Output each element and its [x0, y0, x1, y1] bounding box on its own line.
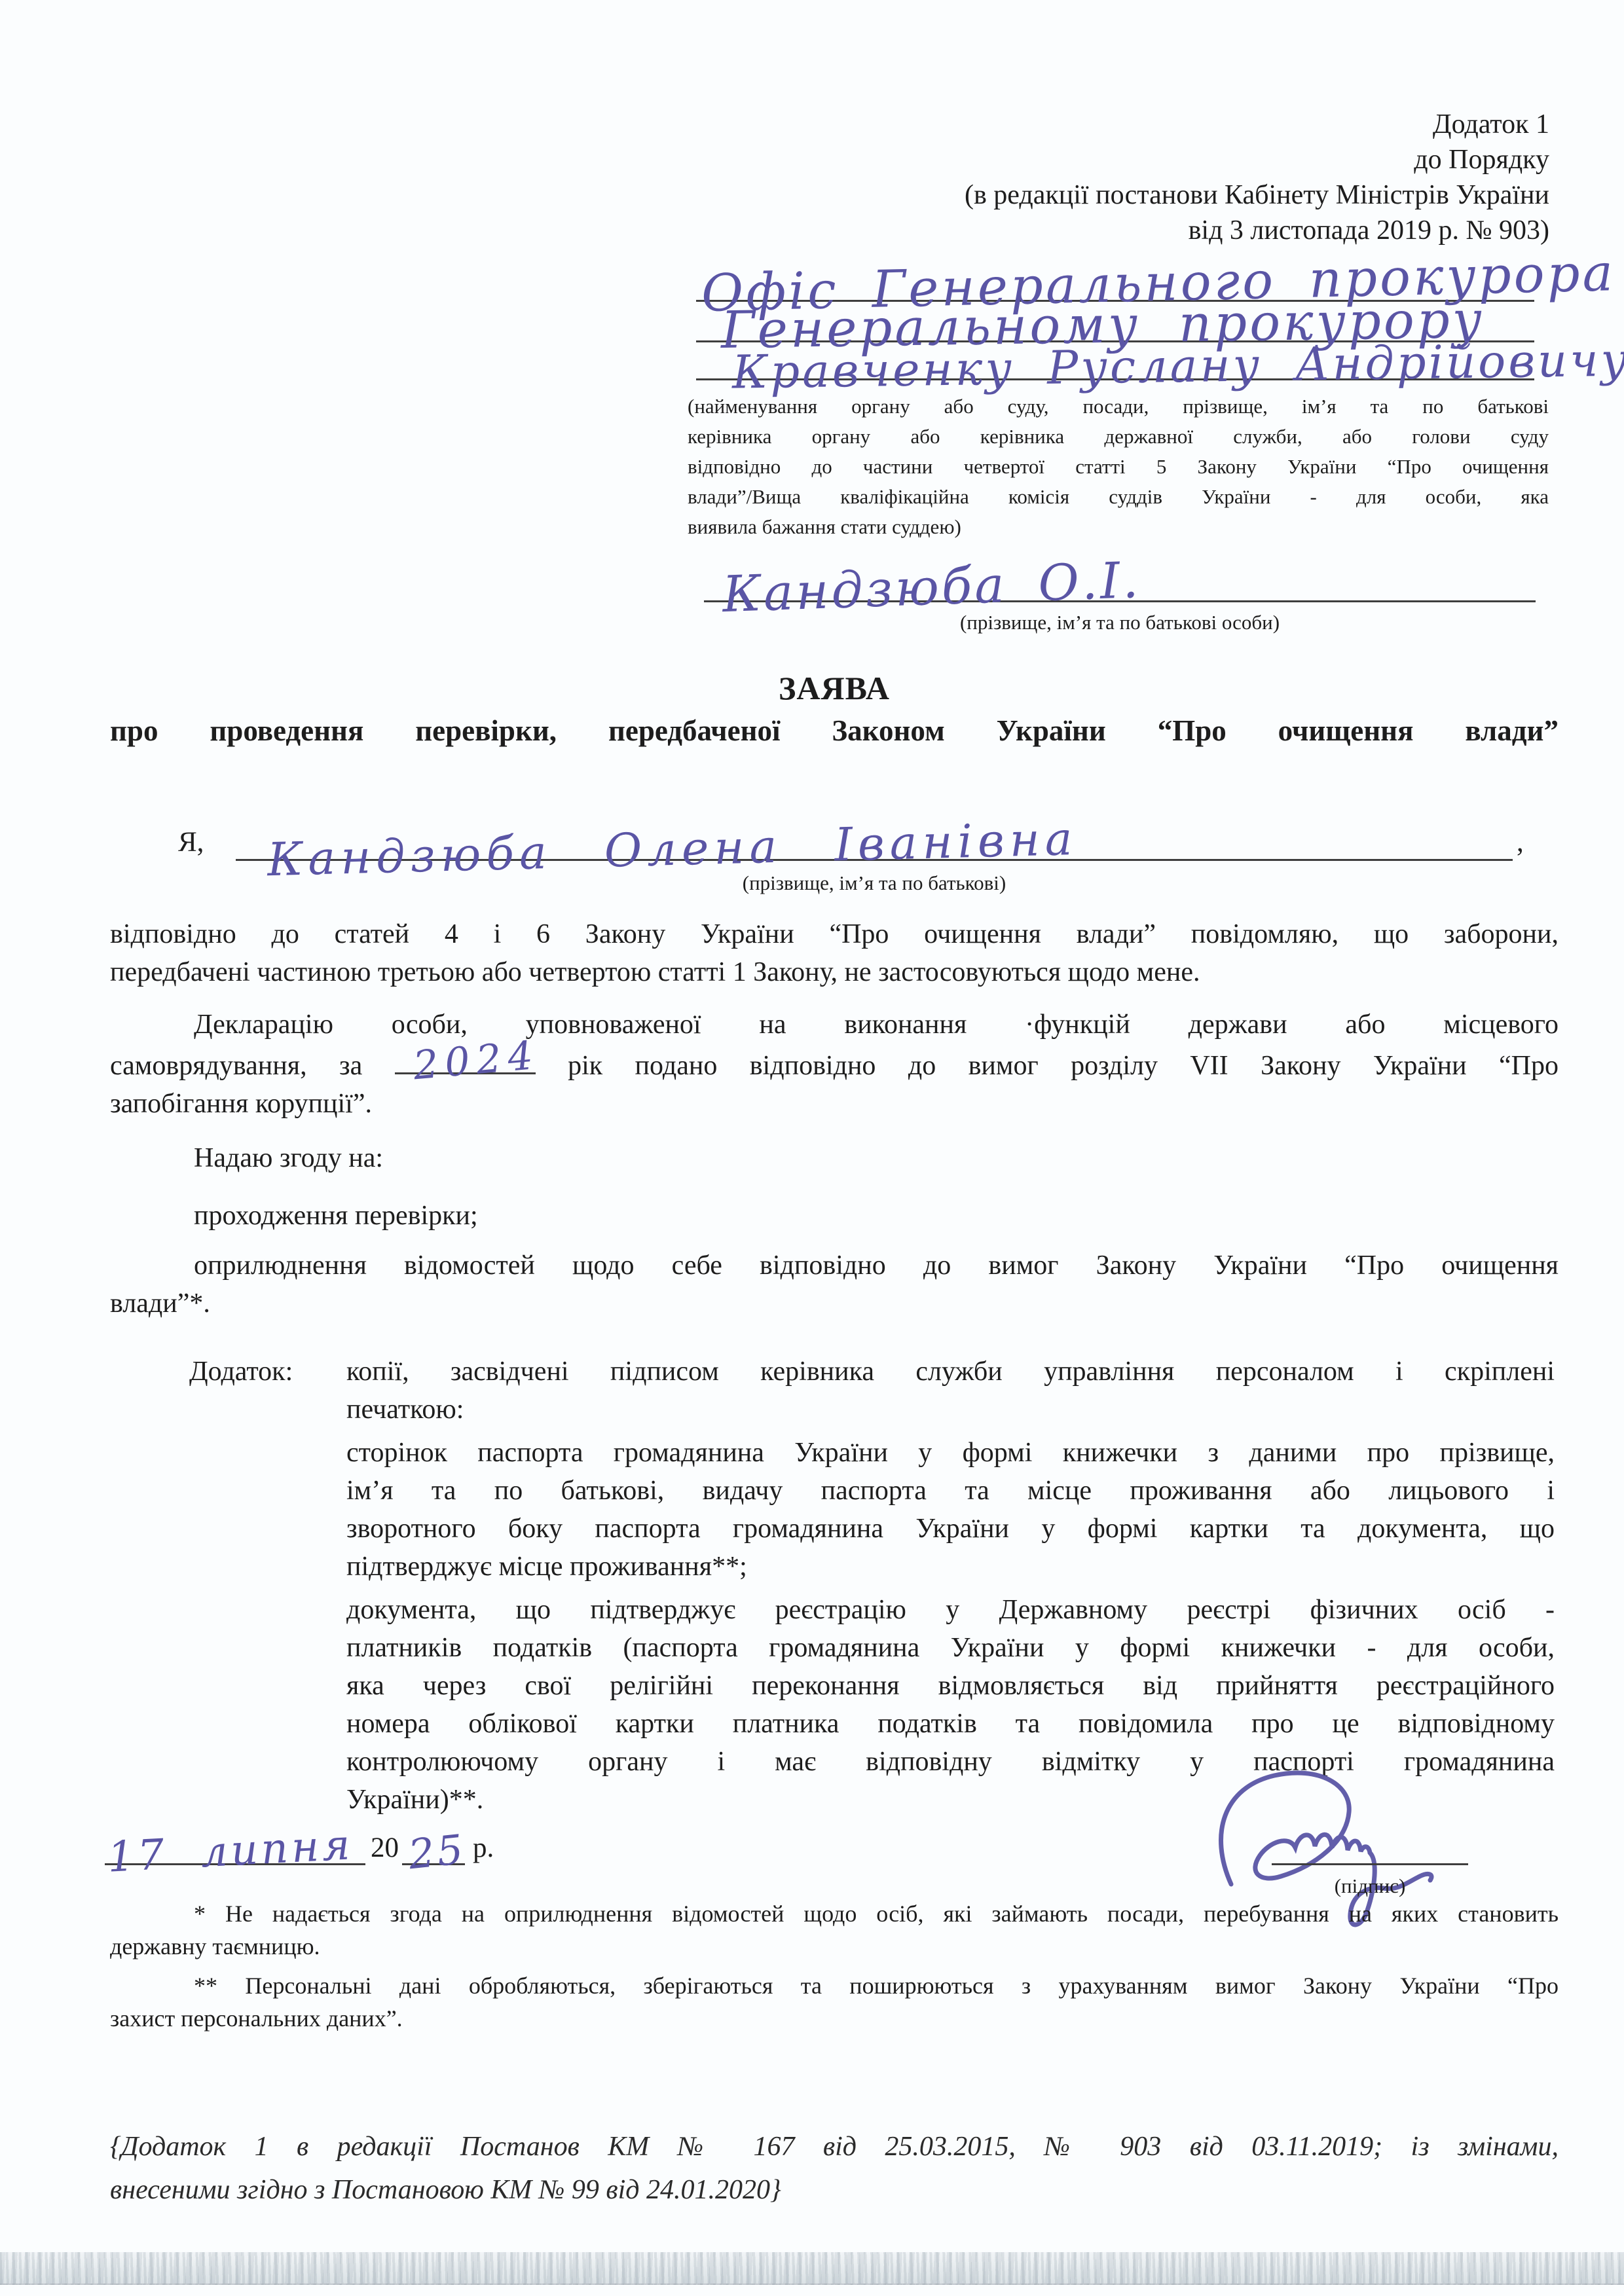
recipient-line-3-handwriting: Кравченку Руслану Андрійовичу [732, 337, 1624, 395]
attachment-line: платників податків (паспорта громадянина… [346, 1629, 1555, 1667]
caption-line: керівника органу або керівника державної… [688, 422, 1549, 452]
declarant-name-caption: (прізвище, ім’я та по батькові) [236, 868, 1513, 898]
paragraph-line: Декларацію особи, уповноваженої на викон… [110, 1006, 1559, 1044]
paragraph-line: відповідно до статей 4 і 6 Закону Україн… [110, 915, 1559, 953]
header-line: від 3 листопада 2019 р. № 903) [965, 213, 1549, 248]
attachment-line: копії, засвідчені підписом керівника слу… [346, 1353, 1555, 1391]
revision-line: внесеними згідно з Постановою КМ № 99 ві… [110, 2168, 1559, 2212]
declarant-label: Я, [178, 826, 204, 858]
paragraph-line: оприлюднення відомостей щодо себе відпов… [110, 1247, 1559, 1285]
attachment-item-passport: сторінок паспорта громадянина України у … [346, 1434, 1555, 1586]
person-name-rule: Кандзюба О.І. [704, 553, 1536, 602]
date-handwriting: 17 липня [107, 1824, 354, 1879]
paragraph-line: запобігання корупції”. [110, 1085, 1559, 1123]
paragraph-line: проходження перевірки; [110, 1197, 1559, 1235]
declarant-name-rule: Кандзюба Олена Іванівна [236, 814, 1513, 861]
paragraph-law-notice: відповідно до статей 4 і 6 Закону Україн… [110, 915, 1559, 991]
caption-line: виявила бажання стати суддею) [688, 512, 1549, 542]
date-year-prefix: 20 [371, 1832, 399, 1864]
revision-note: {Додаток 1 в редакції Постанов КМ № 167 … [110, 2125, 1559, 2212]
declaration-year-suffix-text: рік подано відповідно до вимог розділу V… [568, 1051, 1559, 1081]
footnote-line: державну таємницю. [110, 1930, 1559, 1963]
attachment-line: яка через свої релігійні переконання від… [346, 1667, 1555, 1705]
paragraph-line: Надаю згоду на: [110, 1139, 1559, 1177]
header-line: (в редакції постанови Кабінету Міністрів… [965, 177, 1549, 213]
attachment-item-copies: копії, засвідчені підписом керівника слу… [346, 1353, 1555, 1429]
attachment-label: Додаток: [189, 1353, 293, 1391]
caption-line: влади”/Вища кваліфікаційна комісія судді… [688, 482, 1549, 512]
caption-line: відповідно до частини четвертої статті 5… [688, 452, 1549, 482]
header-line: до Порядку [965, 142, 1549, 177]
attachment-line: документа, що підтверджує реєстрацію у Д… [346, 1591, 1555, 1629]
attachment-line: підтверджує місце проживання**; [346, 1548, 1555, 1586]
declarant-trailing-comma: , [1517, 826, 1524, 858]
document-title: ЗАЯВА [110, 669, 1559, 707]
person-name-caption: (прізвище, ім’я та по батькові особи) [704, 608, 1536, 638]
attachment-line: печаткою: [346, 1391, 1555, 1429]
attachment-line: номера облікової картки платника податкі… [346, 1705, 1555, 1743]
consent-item-publication: оприлюднення відомостей щодо себе відпов… [110, 1247, 1559, 1322]
scanned-document-page: Додаток 1 до Порядку (в редакції постано… [0, 0, 1624, 2296]
footnote-state-secret: * Не надається згода на оприлюднення від… [110, 1897, 1559, 1963]
document-subtitle: про проведення перевірки, передбаченої З… [110, 714, 1559, 748]
signature-rule [1272, 1819, 1468, 1865]
caption-line: (найменування органу або суду, посади, п… [688, 392, 1549, 422]
footnote-personal-data: ** Персональні дані обробляються, зберіг… [110, 1969, 1559, 2035]
header-reference-block: Додаток 1 до Порядку (в редакції постано… [965, 107, 1549, 248]
year-field-rule: 2024 [395, 1044, 536, 1074]
attachment-line: зворотного боку паспорта громадянина Укр… [346, 1510, 1555, 1548]
date-year-suffix: р. [473, 1832, 494, 1864]
recipient-caption: (найменування органу або суду, посади, п… [688, 392, 1549, 542]
attachment-line: сторінок паспорта громадянина України у … [346, 1434, 1555, 1472]
scan-edge-artifact [0, 2252, 1624, 2285]
paragraph-line: передбачені частиною третьою або четверт… [110, 953, 1559, 991]
paragraph-declaration: Декларацію особи, уповноваженої на викон… [110, 1006, 1559, 1123]
header-line: Додаток 1 [965, 107, 1549, 142]
revision-line: {Додаток 1 в редакції Постанов КМ № 167 … [110, 2125, 1559, 2168]
paragraph-line: влади”*. [110, 1285, 1559, 1322]
year-handwriting: 2024 [411, 1036, 540, 1086]
attachment-content: копії, засвідчені підписом керівника слу… [346, 1353, 1555, 1819]
consent-intro: Надаю згоду на: [110, 1139, 1559, 1177]
paragraph-line-with-year: самоврядування, за 2024 рік подано відпо… [110, 1044, 1559, 1085]
footnote-line: захист персональних даних”. [110, 2002, 1559, 2035]
date-year-rule: 25 [402, 1819, 465, 1865]
declaration-year-prefix-text: самоврядування, за [110, 1051, 362, 1081]
footnote-line: ** Персональні дані обробляються, зберіг… [110, 1969, 1559, 2002]
attachment-line: ім’я та по батькові, видачу паспорта та … [346, 1472, 1555, 1510]
footnote-line: * Не надається згода на оприлюднення від… [110, 1897, 1559, 1930]
date-rule: 17 липня [105, 1819, 365, 1865]
date-year-handwriting: 25 [407, 1829, 468, 1876]
recipient-line-3-rule: Кравченку Руслану Андрійовичу [696, 335, 1534, 380]
consent-item-check: проходження перевірки; [110, 1197, 1559, 1235]
